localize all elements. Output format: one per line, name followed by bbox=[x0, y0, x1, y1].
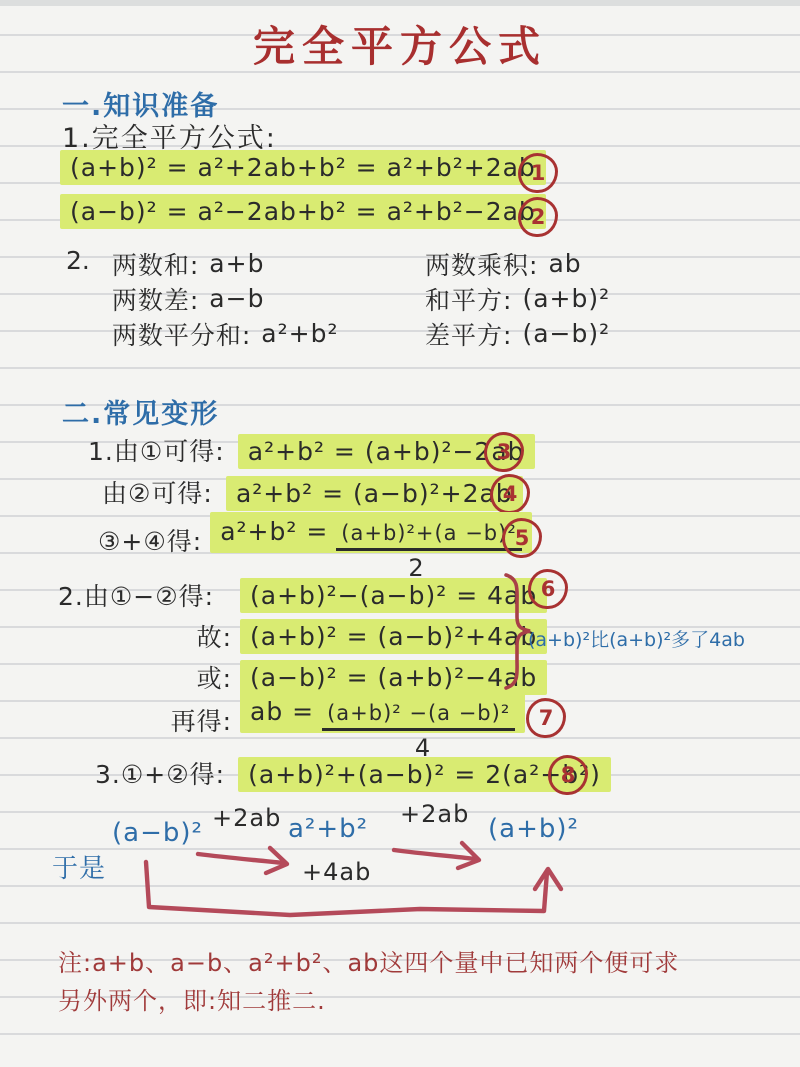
derivation-row-6: 或: (a−b)² = (a+b)²−4ab bbox=[58, 659, 800, 695]
terms-block-right: 两数乘积: ab 和平方: (a+b)² 差平方: (a−b)² bbox=[425, 246, 610, 351]
circled-number-7-digit: 7 bbox=[539, 706, 554, 730]
derivation-row-4: 2.由①−②得: (a+b)²−(a−b)² = 4ab bbox=[58, 577, 800, 613]
derivation-row-7: 再得: ab = (a+b)² −(a −b)² 4 bbox=[58, 692, 525, 738]
term-label: 和平方: bbox=[425, 281, 512, 317]
term-row: 两数和: a+b bbox=[112, 246, 339, 281]
row3-lead: a²+b² = bbox=[220, 517, 336, 551]
circled-number-5-digit: 5 bbox=[515, 526, 530, 550]
circled-number-2: 2 bbox=[518, 197, 558, 237]
row7-highlight: ab = (a+b)² −(a −b)² bbox=[240, 692, 525, 733]
diagram-bottom-arrow-label: +4ab bbox=[302, 858, 371, 886]
section2-heading: 二.常见变形 bbox=[62, 392, 219, 431]
derivation-row-2: 由②可得: a²+b² = (a−b)²+2ab bbox=[102, 474, 523, 510]
term-value: a−b bbox=[209, 284, 264, 313]
term-row: 差平方: (a−b)² bbox=[425, 316, 610, 351]
terms-left-column: 两数和: a+b 两数差: a−b 两数平分和: a²+b² bbox=[112, 246, 339, 351]
derivation-group: 2.由①−②得: (a+b)²−(a−b)² = 4ab 故: (a+b)² =… bbox=[58, 577, 800, 700]
diagram-arrow2-label: +2ab bbox=[400, 800, 469, 828]
footnote-line-2: 另外两个，即:知二推二. bbox=[58, 982, 679, 1020]
row8-label: 3.①+②得: bbox=[95, 760, 225, 789]
row7-numerator: (a+b)² −(a −b)² bbox=[322, 701, 515, 731]
diagram-arrow1-label: +2ab bbox=[212, 804, 281, 832]
circled-number-7: 7 bbox=[526, 698, 566, 738]
diagram-node-a-plus-b: (a+b)² bbox=[488, 814, 579, 844]
footnote: 注:a+b、a−b、a²+b²、ab这四个量中已知两个便可求 另外两个，即:知二… bbox=[58, 944, 679, 1020]
term-value: (a−b)² bbox=[522, 319, 610, 348]
term-label: 差平方: bbox=[425, 316, 512, 352]
notebook-page: 完全平方公式 一.知识准备 1.完全平方公式: (a+b)² = a²+2ab+… bbox=[0, 0, 800, 1067]
diagram-node-a2-b2: a²+b² bbox=[288, 814, 368, 844]
row7-lead: ab = bbox=[250, 697, 322, 731]
term-row: 两数差: a−b bbox=[112, 281, 339, 316]
derivation-row-1: 1.由①可得: a²+b² = (a+b)²−2ab bbox=[88, 432, 535, 468]
flow-diagram: 于是 (a−b)² +2ab a²+b² +2ab (a+b)² +4ab bbox=[0, 796, 800, 926]
circled-number-3-digit: 3 bbox=[497, 440, 512, 464]
term-value: ab bbox=[548, 249, 581, 278]
footnote-line-1: 注:a+b、a−b、a²+b²、ab这四个量中已知两个便可求 bbox=[58, 944, 679, 982]
circled-number-1-digit: 1 bbox=[531, 161, 546, 185]
row6-label: 或: bbox=[58, 659, 240, 695]
term-row: 两数平分和: a²+b² bbox=[112, 316, 339, 351]
page-title: 完全平方公式 bbox=[0, 14, 800, 74]
derivation-row-8: 3.①+②得: (a+b)²+(a−b)² = 2(a²+b²) bbox=[95, 755, 611, 791]
diagram-intro: 于是 bbox=[52, 848, 106, 885]
circled-number-5: 5 bbox=[502, 518, 542, 558]
term-label: 两数和: bbox=[112, 246, 199, 282]
arrow-right-1 bbox=[198, 854, 283, 863]
circled-number-4: 4 bbox=[490, 474, 530, 514]
row7-label: 再得: bbox=[58, 702, 240, 738]
term-label: 两数乘积: bbox=[425, 246, 538, 282]
circled-number-8-digit: 8 bbox=[561, 763, 576, 787]
circled-number-1: 1 bbox=[518, 153, 558, 193]
brace-side-note: (a+b)²比(a+b)²多了4ab bbox=[528, 625, 745, 652]
formula-1: (a+b)² = a²+2ab+b² = a²+b²+2ab bbox=[60, 150, 546, 185]
term-value: (a+b)² bbox=[522, 284, 610, 313]
formula-row-1: (a+b)² = a²+2ab+b² = a²+b²+2ab bbox=[60, 153, 546, 182]
term-label: 两数差: bbox=[112, 281, 199, 317]
row3-fraction: a²+b² = (a+b)²+(a −b)² 2 bbox=[210, 512, 532, 553]
row2-formula: a²+b² = (a−b)²+2ab bbox=[226, 476, 523, 511]
arrow-right-2 bbox=[394, 850, 475, 859]
row2-label: 由②可得: bbox=[102, 479, 213, 508]
term-value: a²+b² bbox=[261, 319, 338, 348]
formula-2: (a−b)² = a²−2ab+b² = a²+b²−2ab bbox=[60, 194, 546, 229]
row7-fraction: ab = (a+b)² −(a −b)² 4 bbox=[240, 692, 525, 733]
circled-number-4-digit: 4 bbox=[503, 482, 518, 506]
row1-label: 1.由①可得: bbox=[88, 437, 225, 466]
row3-numerator: (a+b)²+(a −b)² bbox=[336, 521, 521, 551]
terms-block-left: 2. 两数和: a+b 两数差: a−b 两数平分和: a²+b² bbox=[66, 246, 338, 351]
row4-label: 2.由①−②得: bbox=[58, 577, 240, 613]
diagram-node-a-minus-b: (a−b)² bbox=[112, 818, 203, 848]
term-value: a+b bbox=[209, 249, 264, 278]
formula-row-2: (a−b)² = a²−2ab+b² = a²+b²−2ab bbox=[60, 197, 546, 226]
row5-label: 故: bbox=[58, 618, 240, 654]
term-row: 和平方: (a+b)² bbox=[425, 281, 610, 316]
circled-number-6-digit: 6 bbox=[541, 577, 556, 601]
term-label: 两数平分和: bbox=[112, 316, 251, 352]
row3-label: ③+④得: bbox=[98, 522, 202, 558]
row3-highlight: a²+b² = (a+b)²+(a −b)² bbox=[210, 512, 532, 553]
derivation-row-3: ③+④得: a²+b² = (a+b)²+(a −b)² 2 bbox=[98, 512, 532, 558]
term-row: 两数乘积: ab bbox=[425, 246, 610, 281]
item2-label: 2. bbox=[66, 246, 90, 351]
circled-number-2-digit: 2 bbox=[531, 205, 546, 229]
